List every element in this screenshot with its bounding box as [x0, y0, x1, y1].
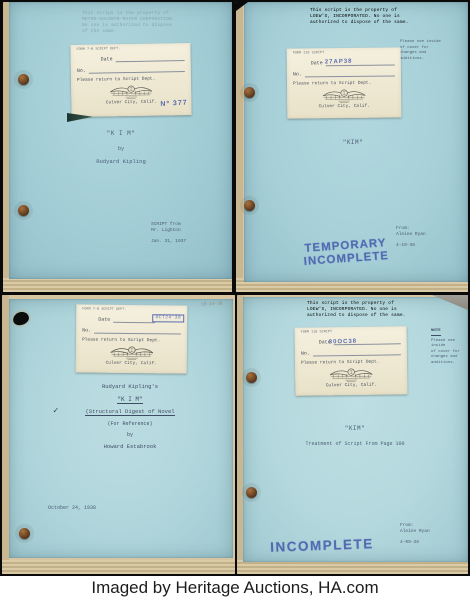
no-label: No.	[77, 68, 86, 74]
script-photo-top-right: This script is the property of LOEW'S, I…	[236, 2, 468, 292]
no-label: No.	[293, 71, 302, 77]
pencil-note: 10-24-38	[201, 301, 223, 307]
script-title: "K I M"	[51, 130, 191, 137]
script-cover-blue: This script is the property of LOEW'S, I…	[244, 2, 468, 282]
blue-date-stamp: 30OC38	[329, 339, 358, 346]
script-cover-blue: 10-24-38 FORM 7-B SCRIPT DEPT. Date OCT2…	[9, 299, 233, 558]
ownership-stamp: This script is the property of METRO-GOL…	[82, 11, 175, 35]
brass-brad	[18, 74, 29, 85]
script-photo-top-left: This script is the property of METRO-GOL…	[3, 2, 232, 292]
title-block: "K I M" by Rudyard Kipling	[51, 130, 191, 165]
culver-city-line: Culver City, Calif.	[301, 382, 401, 388]
culver-city-line: Culver City, Calif.	[82, 360, 181, 366]
from-note: From: Aleine Ryan 4-09-38	[400, 523, 430, 546]
checkmark: ✓	[53, 406, 58, 416]
brass-brad	[246, 487, 257, 498]
corner-note-line: Mr. Lighton	[151, 228, 186, 234]
script-cover-blue: This script is the property of METRO-GOL…	[9, 2, 232, 279]
heritage-auctions-caption: Imaged by Heritage Auctions, HA.com	[0, 576, 470, 600]
blue-number-stamp: Nº 377	[160, 100, 188, 108]
label-form-note: FORM 7-B SCRIPT DEPT.	[82, 307, 181, 312]
brass-brad	[244, 87, 255, 98]
blue-box-stamp: OCT24'38	[153, 314, 185, 322]
date-label: Date	[101, 56, 113, 62]
side-note-line: Please see inside	[400, 40, 441, 46]
brass-brad	[244, 200, 255, 211]
ownership-stamp: This script is the property of LOEW'S, I…	[310, 8, 409, 26]
ownership-line: authorized to dispose of the same.	[307, 313, 406, 319]
blank-line	[305, 75, 395, 77]
mgm-lion-logo	[108, 84, 154, 101]
typed-date: October 24, 1938	[48, 505, 96, 511]
author-name: Howard Estabrook	[45, 443, 215, 450]
ownership-line: authorized to dispose of the same.	[310, 20, 409, 26]
label-form-note: FORM 7-B SCRIPT DEPT.	[76, 46, 184, 52]
label-form-note: FORM 110 SCRIPT	[301, 329, 401, 334]
side-note-line: additions.	[400, 57, 441, 63]
script-photo-bottom-left: 10-24-38 FORM 7-B SCRIPT DEPT. Date OCT2…	[2, 295, 235, 574]
return-note: Please return to Script Dept.	[77, 76, 185, 83]
from-note-date: 4-09-38	[400, 540, 430, 546]
mgm-lion-logo	[320, 88, 368, 105]
title-block: Rudyard Kipling's "K I M" ✓ (Structural …	[45, 383, 215, 450]
script-dept-label: FORM 7-B SCRIPT DEPT. Date No. Please re…	[70, 43, 191, 117]
side-note: NOTE Please see inside of cover for chan…	[431, 329, 468, 366]
culver-city-line: Culver City, Calif.	[293, 103, 395, 109]
blank-line	[113, 322, 155, 323]
brass-brad	[246, 372, 257, 383]
script-dept-label: FORM 110 SCRIPT Date 30OC38 No. Please r…	[295, 326, 408, 396]
blank-line	[116, 60, 185, 62]
script-subtitle: (Structural Digest of Novel	[85, 409, 174, 416]
brass-brad	[18, 205, 29, 216]
brass-brad	[19, 528, 30, 539]
corner-note-date: Jan. 31, 1937	[151, 239, 186, 245]
temporary-incomplete-stamp: TEMPORARY INCOMPLETE	[287, 236, 405, 270]
return-note: Please return to Script Dept.	[293, 80, 395, 86]
auction-photo-lot: This script is the property of METRO-GOL…	[0, 0, 470, 600]
no-label: No.	[301, 351, 310, 357]
side-note-line: additions.	[431, 361, 468, 367]
blue-date-stamp: 27AP38	[325, 59, 353, 66]
script-dept-label: FORM 7-B SCRIPT DEPT. Date OCT24'38 No. …	[76, 304, 188, 373]
script-subtitle: Treatment of Script From Page 100	[275, 441, 435, 447]
script-dept-label: FORM 110 SCRIPT Date 27AP38 No. Please r…	[287, 47, 402, 118]
possessive-line: Rudyard Kipling's	[45, 383, 215, 390]
ownership-stamp: This script is the property of LOEW'S, I…	[307, 301, 406, 319]
corner-note: SCRIPT from Mr. Lighton Jan. 31, 1937	[151, 222, 186, 245]
date-label: Date	[98, 317, 110, 323]
blank-line	[313, 354, 401, 356]
blank-line	[94, 333, 181, 335]
author-name: Rudyard Kipling	[51, 158, 191, 165]
mgm-lion-logo	[105, 345, 157, 362]
return-note: Please return to Script Dept.	[301, 359, 401, 365]
ownership-line: of the same.	[82, 29, 175, 35]
label-form-note: FORM 110 SCRIPT	[293, 50, 395, 55]
from-note-line: Aleine Ryan	[400, 529, 430, 535]
by-label: by	[45, 432, 215, 438]
reference-note: (For Reference)	[45, 421, 215, 427]
script-photo-bottom-right: This script is the property of LOEW'S, I…	[237, 295, 468, 574]
side-note-line: Please see inside	[431, 339, 468, 350]
by-label: by	[51, 146, 191, 152]
caption-text: Imaged by Heritage Auctions, HA.com	[91, 578, 378, 598]
script-title: "KIM"	[303, 139, 403, 146]
blank-line	[89, 71, 185, 74]
script-cover-blue: This script is the property of LOEW'S, I…	[243, 297, 468, 562]
script-title: "K I M"	[117, 397, 142, 404]
note-label: NOTE	[431, 329, 441, 336]
return-note: Please return to Script Dept.	[82, 337, 181, 343]
incomplete-stamp: INCOMPLETE	[257, 536, 387, 556]
title-block: "KIM" Treatment of Script From Page 100	[275, 425, 435, 447]
script-title: "KIM"	[275, 425, 435, 432]
side-note: Please see inside of cover for changes a…	[400, 40, 441, 62]
date-label: Date	[311, 60, 323, 66]
mgm-lion-logo	[327, 367, 375, 384]
no-label: No.	[82, 327, 91, 333]
